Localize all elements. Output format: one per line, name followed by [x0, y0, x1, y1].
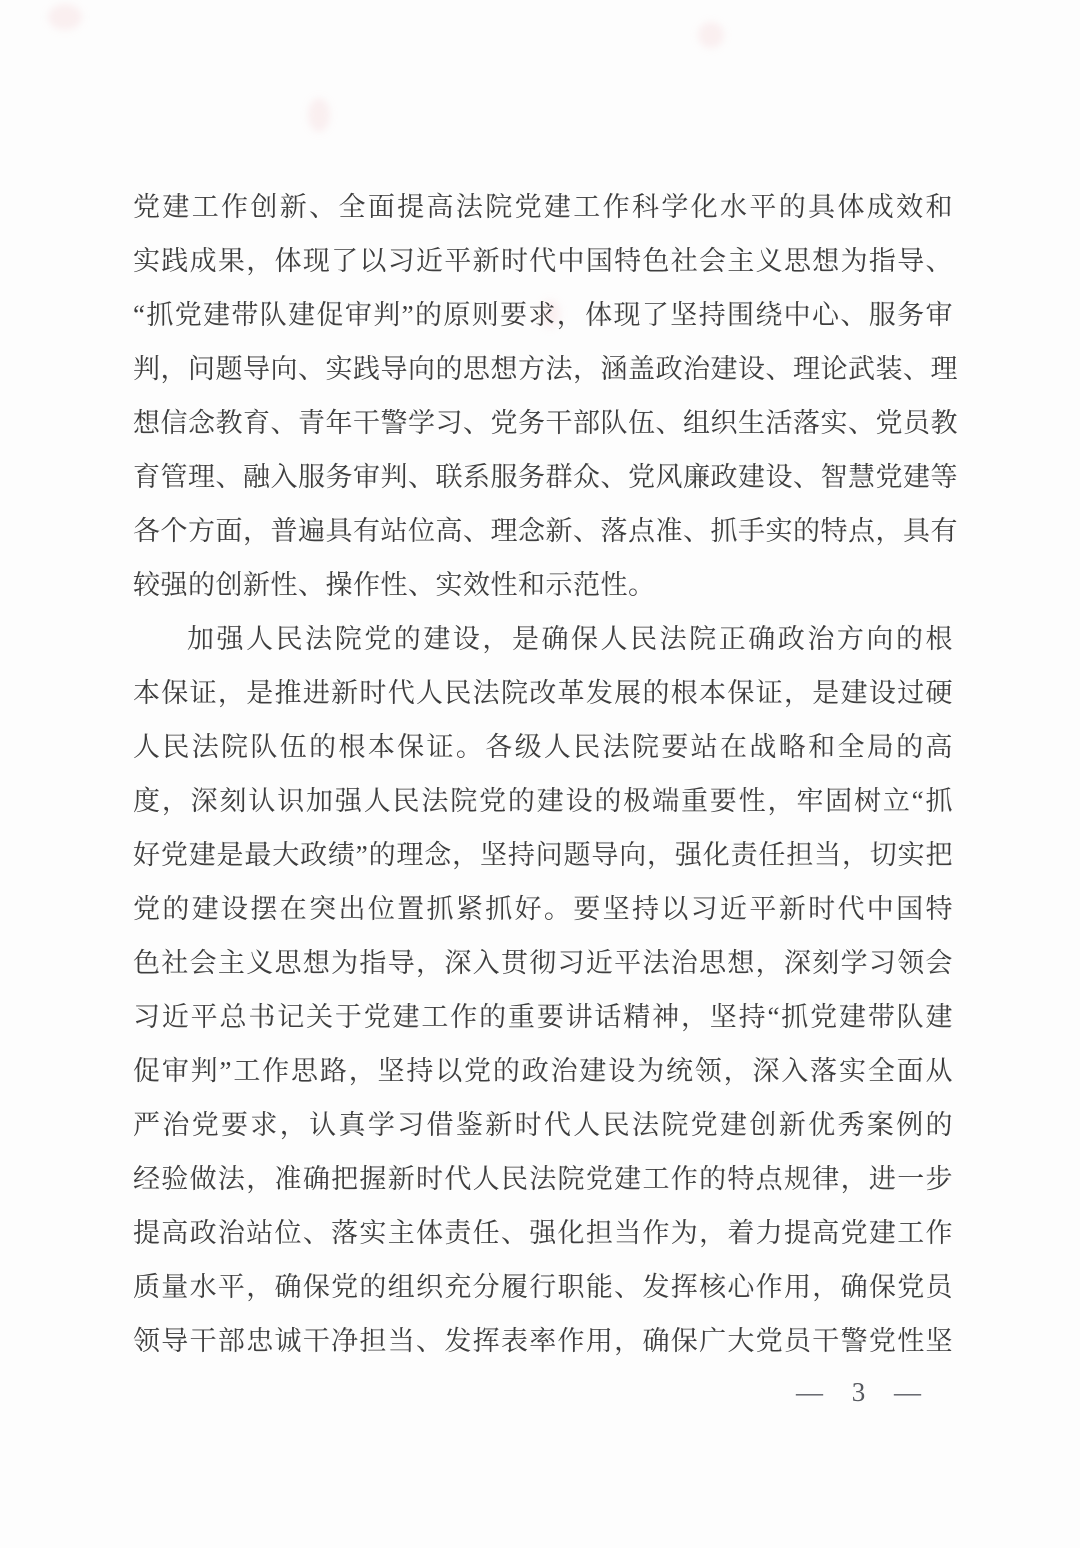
text-line: 实践成果，体现了以习近平新时代中国特色社会主义思想为指导、: [133, 234, 953, 288]
scan-artifact: [698, 22, 724, 48]
document-body: 党建工作创新、全面提高法院党建工作科学化水平的具体成效和 实践成果，体现了以习近…: [133, 180, 953, 1368]
text-line: 党建工作创新、全面提高法院党建工作科学化水平的具体成效和: [133, 180, 953, 234]
text-line: 育管理、融入服务审判、联系服务群众、党风廉政建设、智慧党建等: [133, 450, 953, 504]
text-line: 质量水平，确保党的组织充分履行职能、发挥核心作用，确保党员: [133, 1260, 953, 1314]
scan-artifact: [308, 98, 330, 132]
text-line: 严治党要求，认真学习借鉴新时代人民法院党建创新优秀案例的: [133, 1098, 953, 1152]
text-line: 人民法院队伍的根本保证。各级人民法院要站在战略和全局的高: [133, 720, 953, 774]
text-line: 领导干部忠诚干净担当、发挥表率作用，确保广大党员干警党性坚: [133, 1314, 953, 1368]
text-line: 提高政治站位、落实主体责任、强化担当作为，着力提高党建工作: [133, 1206, 953, 1260]
text-line: 促审判”工作思路，坚持以党的政治建设为统领，深入落实全面从: [133, 1044, 953, 1098]
text-line: 度，深刻认识加强人民法院党的建设的极端重要性，牢固树立“抓: [133, 774, 953, 828]
text-line: 经验做法，准确把握新时代人民法院党建工作的特点规律，进一步: [133, 1152, 953, 1206]
scanned-document-page: 党建工作创新、全面提高法院党建工作科学化水平的具体成效和 实践成果，体现了以习近…: [0, 0, 1080, 1548]
text-line: 想信念教育、青年干警学习、党务干部队伍、组织生活落实、党员教: [133, 396, 953, 450]
text-line: 加强人民法院党的建设，是确保人民法院正确政治方向的根: [133, 612, 953, 666]
text-line: “抓党建带队建促审判”的原则要求，体现了坚持围绕中心、服务审: [133, 288, 953, 342]
page-number: — 3 —: [796, 1376, 923, 1408]
text-line: 好党建是最大政绩”的理念，坚持问题导向，强化责任担当，切实把: [133, 828, 953, 882]
text-line: 党的建设摆在突出位置抓紧抓好。要坚持以习近平新时代中国特: [133, 882, 953, 936]
text-line: 较强的创新性、操作性、实效性和示范性。: [133, 558, 953, 612]
text-line: 各个方面，普遍具有站位高、理念新、落点准、抓手实的特点，具有: [133, 504, 953, 558]
scan-artifact: [48, 4, 82, 30]
text-line: 判，问题导向、实践导向的思想方法，涵盖政治建设、理论武装、理: [133, 342, 953, 396]
text-line: 习近平总书记关于党建工作的重要讲话精神，坚持“抓党建带队建: [133, 990, 953, 1044]
text-line: 本保证，是推进新时代人民法院改革发展的根本保证，是建设过硬: [133, 666, 953, 720]
text-line: 色社会主义思想为指导，深入贯彻习近平法治思想，深刻学习领会: [133, 936, 953, 990]
